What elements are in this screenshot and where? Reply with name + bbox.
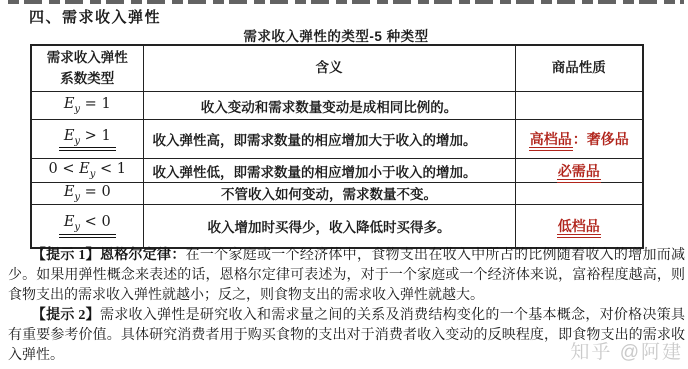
table-row: 0 < Ey < 1 收入弹性低，即需求数量的相应增加小于收入的增加。 必需品 (31, 159, 643, 183)
property-cell: 必需品 (515, 159, 643, 183)
property-cell (515, 183, 643, 205)
note-1-lead: 【提示 1】恩格尔定律： (32, 248, 186, 263)
meaning-cell: 收入变动和需求数量变动是成相同比例的。 (143, 92, 515, 120)
coefficient-cell: Ey < 0 (31, 204, 143, 248)
header-coefficient-type-line1: 需求收入弹性 (32, 48, 143, 69)
meaning-cell: 不管收入如何变动，需求数量不变。 (143, 183, 515, 205)
coefficient-formula: Ey < 0 (59, 213, 116, 238)
coefficient-cell: Ey = 1 (31, 92, 143, 120)
table-row: Ey > 1 收入弹性高，即需求数量的相应增加大于收入的增加。 高档品：奢侈品 (31, 120, 643, 159)
section-heading: 四、需求收入弹性 (29, 6, 161, 27)
meaning-cell: 收入增加时买得少，收入降低时买得多。 (143, 204, 515, 248)
property-cell: 低档品 (515, 204, 643, 248)
header-meaning: 含义 (143, 45, 515, 92)
coefficient-formula: Ey = 1 (59, 95, 116, 116)
coefficient-formula: 0 < Ey < 1 (44, 160, 131, 181)
header-property: 商品性质 (515, 45, 643, 92)
coefficient-cell: Ey = 0 (31, 183, 143, 205)
coefficient-cell: Ey > 1 (31, 120, 143, 159)
property-cell (515, 92, 643, 120)
meaning-cell: 收入弹性低，即需求数量的相应增加小于收入的增加。 (143, 159, 515, 183)
cropped-text-artifact (8, 0, 684, 4)
header-coefficient-type-line2: 系数类型 (32, 69, 143, 90)
elasticity-table: 需求收入弹性 系数类型 含义 商品性质 Ey = 1 收入变动和需求数量变动是成… (30, 44, 644, 249)
table-row: Ey = 0 不管收入如何变动，需求数量不变。 (31, 183, 643, 205)
note-2-lead: 【提示 2】 (32, 308, 100, 323)
coefficient-formula: Ey > 1 (59, 127, 116, 152)
note-paragraph-1: 【提示 1】恩格尔定律：在一个家庭或一个经济体中，食物支出在收入中所占的比例随着… (8, 246, 685, 306)
table-row: Ey < 0 收入增加时买得少，收入降低时买得多。 低档品 (31, 204, 643, 248)
coefficient-formula: Ey = 0 (59, 183, 116, 204)
coefficient-cell: 0 < Ey < 1 (31, 159, 143, 183)
header-coefficient-type: 需求收入弹性 系数类型 (31, 45, 143, 92)
property-cell: 高档品：奢侈品 (515, 120, 643, 159)
table-row: Ey = 1 收入变动和需求数量变动是成相同比例的。 (31, 92, 643, 120)
table-title: 需求收入弹性的类型-5 种类型 (30, 25, 642, 45)
zhihu-watermark: 知乎 @阿建 (570, 337, 683, 364)
meaning-cell: 收入弹性高，即需求数量的相应增加大于收入的增加。 (143, 120, 515, 159)
table-header-row: 需求收入弹性 系数类型 含义 商品性质 (31, 45, 643, 92)
